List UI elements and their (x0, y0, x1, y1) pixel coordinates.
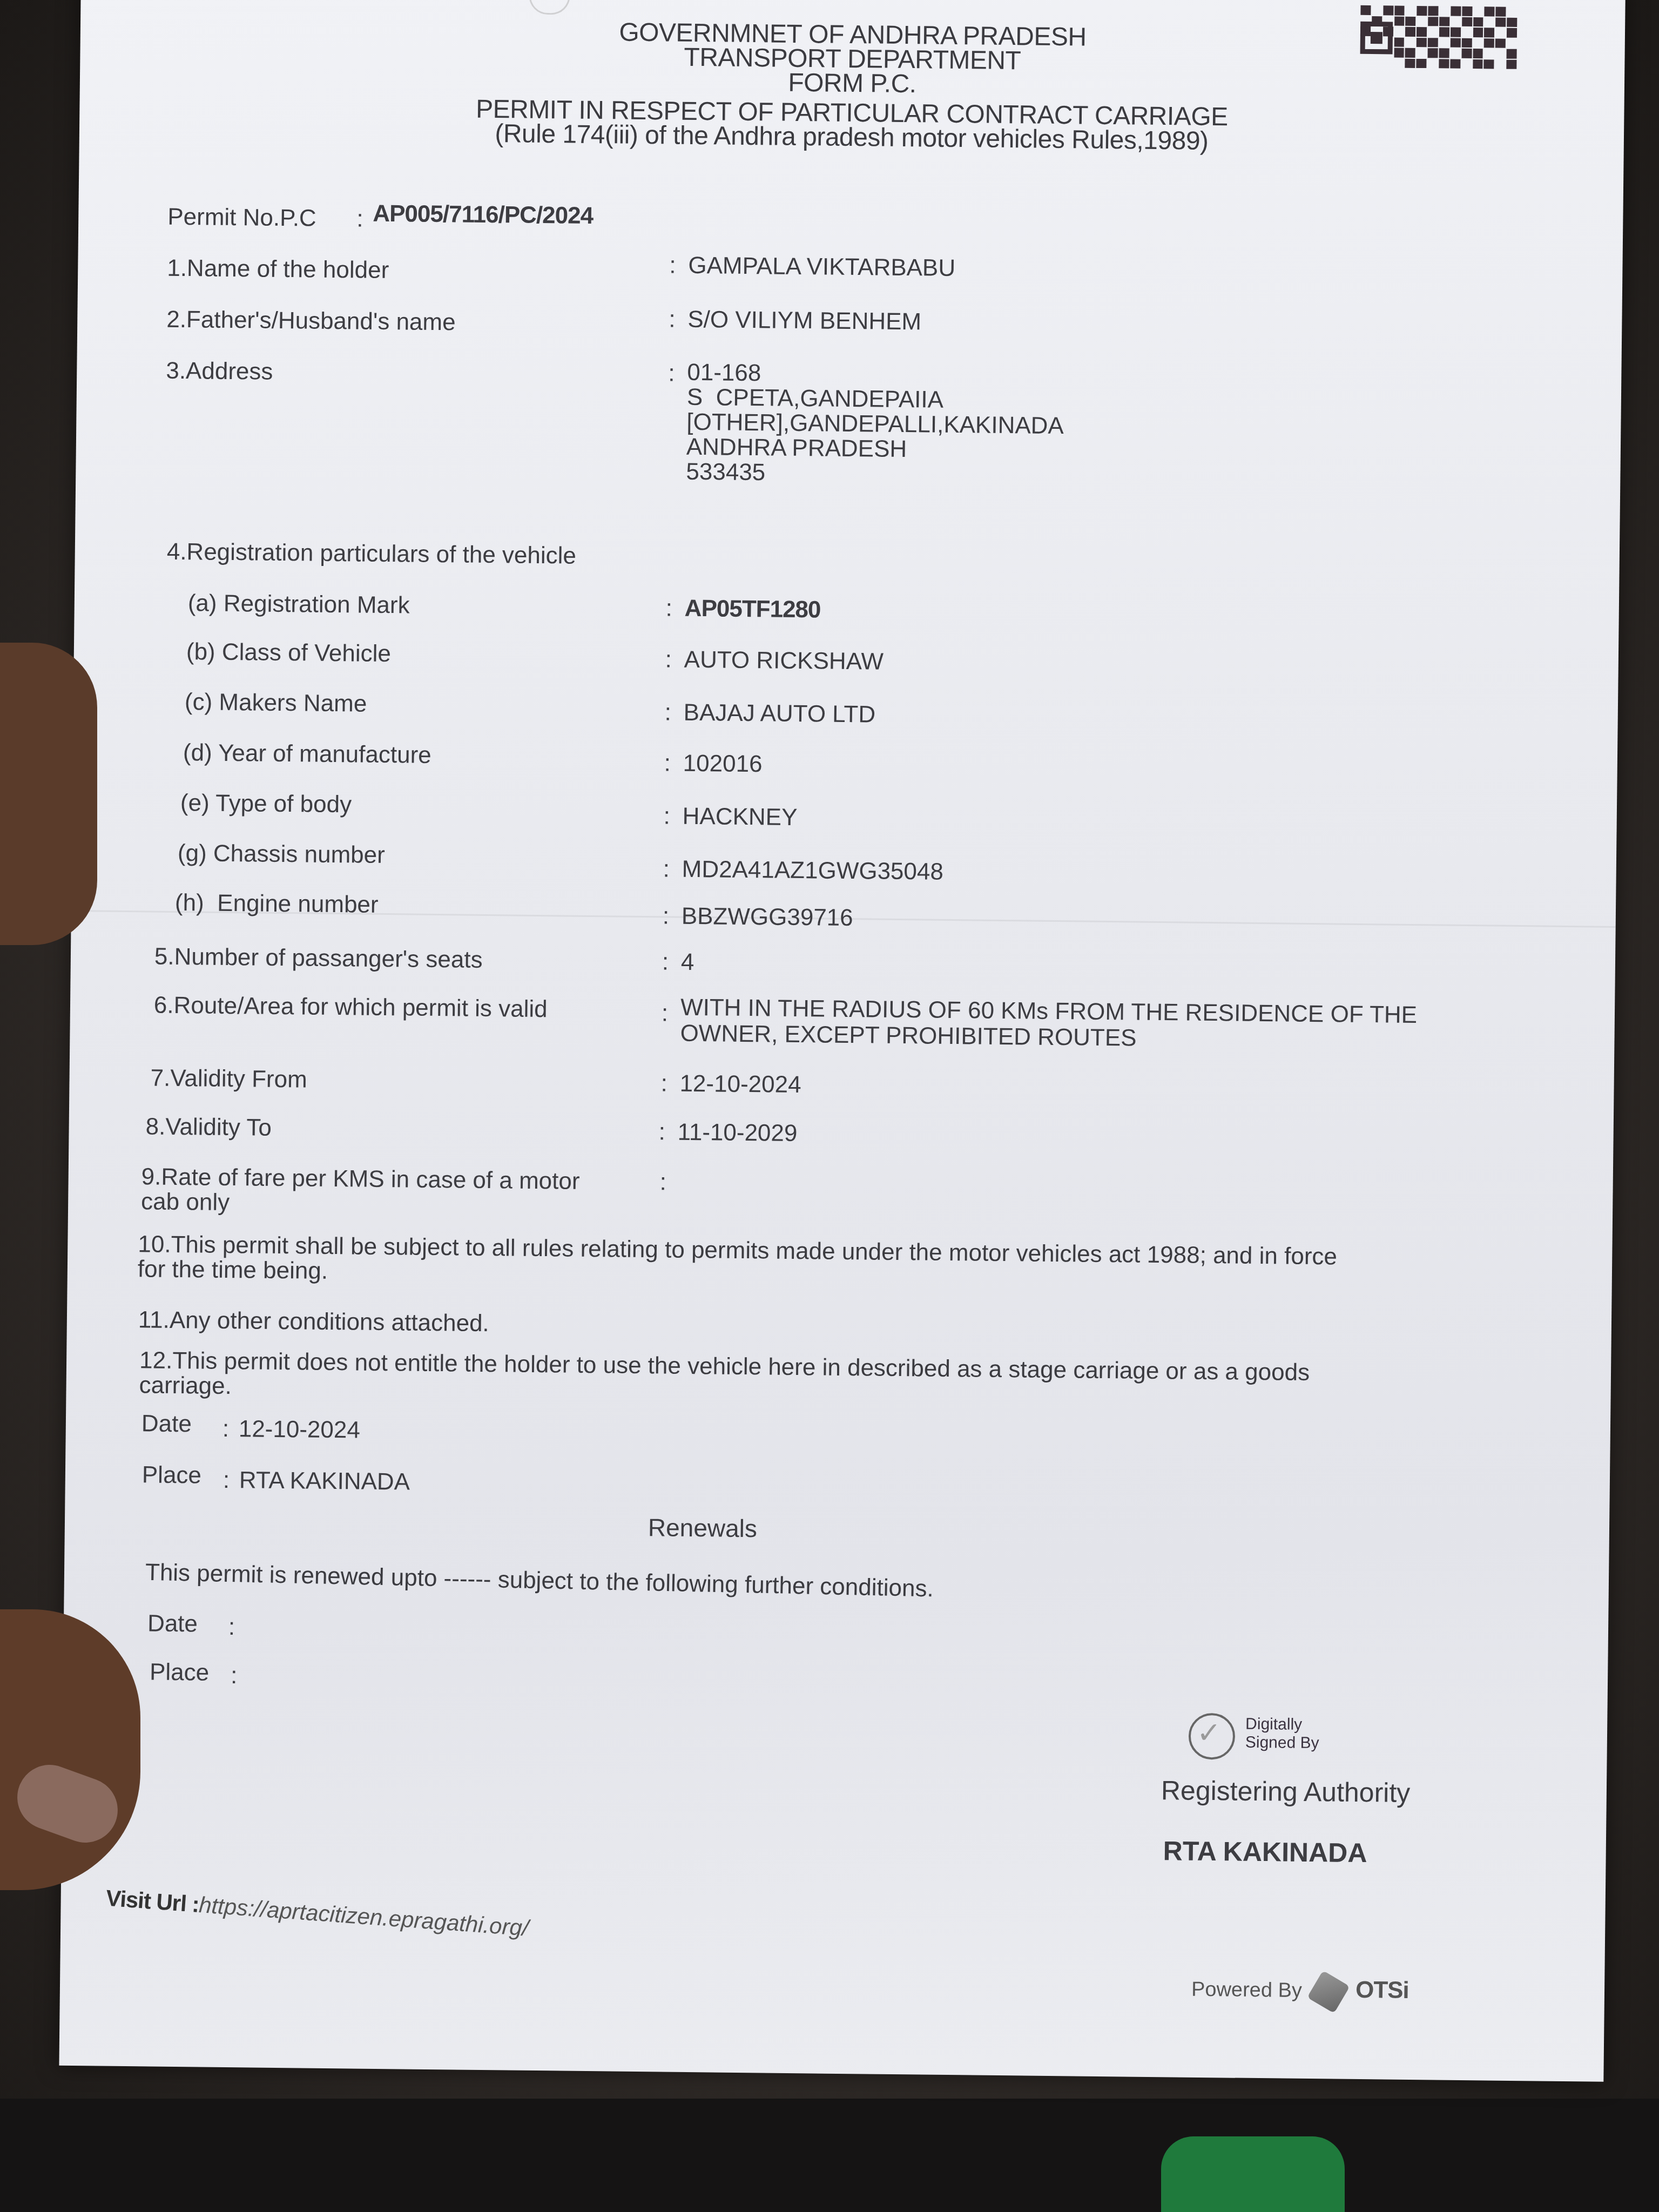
maker-name-value: BAJAJ AUTO LTD (683, 699, 875, 729)
validity-from-value: 12-10-2024 (679, 1070, 801, 1098)
powered-by-row: Powered By OTSi (1191, 1975, 1409, 2008)
seats-colon: : (662, 948, 669, 975)
engine-number-colon: : (663, 902, 670, 929)
holder-name-colon: : (669, 252, 676, 279)
seats-label: 5.Number of passanger's seats (154, 943, 483, 974)
issue-place-value: RTA KAKINADA (239, 1467, 410, 1495)
visit-url-link[interactable]: https://aprtacitizen.epragathi.org/ (198, 1892, 529, 1941)
address-label: 3.Address (166, 358, 273, 386)
vehicle-class-label: (b) Class of Vehicle (186, 638, 392, 667)
address-colon: : (668, 360, 675, 387)
route-value: WITH IN THE RADIUS OF 60 KMs FROM THE RE… (680, 995, 1417, 1054)
clause-12: 12.This permit does not entitle the hold… (139, 1348, 1310, 1410)
otsi-logo-icon (1307, 1971, 1350, 2013)
holding-thumb (0, 643, 97, 945)
fare-colon: : (659, 1170, 666, 1195)
body-type-colon: : (663, 802, 670, 829)
renewal-place-label: Place (150, 1659, 210, 1687)
signed-by-text: Signed By (1245, 1734, 1319, 1752)
renewal-place-colon: : (231, 1662, 238, 1689)
validity-to-value: 11-10-2029 (677, 1119, 797, 1147)
issue-date-colon: : (222, 1415, 230, 1442)
registration-mark-label: (a) Registration Mark (188, 590, 410, 619)
otsi-brand: OTSi (1355, 1977, 1409, 2004)
digitally-text: Digitally (1245, 1715, 1319, 1734)
holder-name-label: 1.Name of the holder (167, 255, 389, 284)
father-name-label: 2.Father's/Husband's name (166, 306, 456, 336)
issue-date-value: 12-10-2024 (239, 1415, 361, 1444)
background-object (1161, 2136, 1345, 2212)
state-emblem-icon (529, 0, 570, 15)
registration-mark-value: AP05TF1280 (685, 595, 821, 624)
background-surface (0, 2099, 1659, 2212)
address-line: 533435 (686, 460, 1063, 488)
visit-url-row: Visit Url :https://aprtacitizen.epragath… (105, 1885, 530, 1941)
registration-heading: 4.Registration particulars of the vehicl… (167, 538, 577, 570)
seats-value: 4 (681, 949, 694, 976)
address-value: 01-168 S CPETA,GANDEPAIIA [OTHER],GANDEP… (686, 360, 1064, 488)
fare-row: 9.Rate of fare per KMS in case of a moto… (141, 1164, 580, 1218)
engine-number-label: (h) Engine number (175, 889, 379, 919)
maker-name-colon: : (664, 699, 671, 726)
permit-number-label: Permit No.P.C (167, 204, 316, 232)
body-type-label: (e) Type of body (180, 790, 352, 818)
visit-url-label: Visit Url : (105, 1885, 200, 1917)
father-name-colon: : (669, 306, 676, 333)
vehicle-class-colon: : (665, 646, 672, 673)
route-label: 6.Route/Area for which permit is valid (154, 992, 548, 1023)
issue-place-colon: : (223, 1467, 230, 1494)
permit-document: GOVERNMNET OF ANDHRA PRADESH TRANSPORT D… (59, 0, 1625, 2082)
powered-by-label: Powered By (1191, 1978, 1302, 2002)
year-of-manufacture-label: (d) Year of manufacture (183, 739, 431, 769)
registration-mark-colon: : (666, 595, 673, 622)
issue-date-label: Date (141, 1410, 192, 1438)
chassis-number-label: (g) Chassis number (178, 840, 385, 869)
maker-name-label: (c) Makers Name (185, 689, 367, 718)
renewals-text: This permit is renewed upto ------ subje… (145, 1560, 934, 1602)
renewal-date-label: Date (147, 1610, 198, 1637)
qr-finder-pattern (1360, 22, 1393, 55)
route-colon: : (662, 1000, 669, 1027)
year-of-manufacture-colon: : (664, 750, 671, 777)
holder-name-value: GAMPALA VIKTARBABU (688, 252, 955, 282)
body-type-value: HACKNEY (682, 803, 797, 831)
validity-to-label: 8.Validity To (145, 1113, 272, 1141)
registering-authority: Registering Authority (1161, 1775, 1411, 1809)
year-of-manufacture-value: 102016 (683, 750, 762, 778)
chassis-number-colon: : (663, 855, 670, 882)
checkmark-icon: ✓ (1197, 1716, 1222, 1750)
renewal-date-colon: : (228, 1614, 235, 1641)
validity-to-colon: : (658, 1118, 665, 1145)
validity-from-label: 7.Validity From (150, 1064, 307, 1093)
validity-from-colon: : (660, 1070, 667, 1097)
digitally-signed-label: Digitally Signed By (1245, 1715, 1319, 1752)
engine-number-value: BBZWGG39716 (682, 903, 853, 932)
issue-place-label: Place (142, 1461, 202, 1489)
clause-10: 10.This permit shall be subject to all r… (138, 1232, 1338, 1294)
vehicle-class-value: AUTO RICKSHAW (684, 646, 884, 676)
father-name-value: S/O VILIYM BENHEM (687, 306, 921, 336)
clause-11: 11.Any other conditions attached. (138, 1307, 489, 1336)
chassis-number-value: MD2A41AZ1GWG35048 (682, 856, 943, 886)
renewals-title: Renewals (648, 1513, 758, 1543)
signing-office: RTA KAKINADA (1163, 1835, 1367, 1869)
permit-number-value: AP005/7116/PC/2024 (373, 200, 593, 230)
permit-number-colon: : (356, 205, 363, 232)
